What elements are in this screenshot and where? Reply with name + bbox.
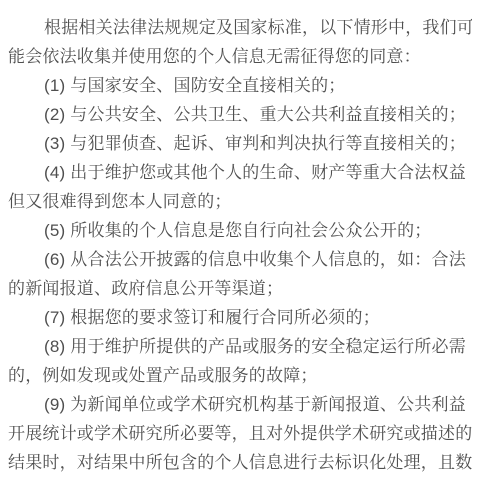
policy-clause-8: (8) 用于维护所提供的产品或服务的安全稳定运行所必需 的，例如发现或处置产品或… [8, 332, 472, 390]
text-line: (3) 与犯罪侦查、起诉、审判和判决执行等直接相关的； [8, 129, 472, 158]
intro-paragraph: 根据相关法律法规规定及国家标准，以下情形中，我们可 能会依法收集并使用您的个人信… [8, 13, 472, 71]
text-line: (4) 出于维护您或其他个人的生命、财产等重大合法权益 [8, 158, 472, 187]
policy-clause-5: (5) 所收集的个人信息是您自行向社会公众公开的； [8, 216, 472, 245]
text-line: 但又很难得到您本人同意的； [8, 187, 472, 216]
policy-clause-4: (4) 出于维护您或其他个人的生命、财产等重大合法权益 但又很难得到您本人同意的… [8, 158, 472, 216]
text-line: (8) 用于维护所提供的产品或服务的安全稳定运行所必需 [8, 332, 472, 361]
policy-clause-3: (3) 与犯罪侦查、起诉、审判和判决执行等直接相关的； [8, 129, 472, 158]
policy-clause-2: (2) 与公共安全、公共卫生、重大公共利益直接相关的； [8, 100, 472, 129]
text-line: 的新闻报道、政府信息公开等渠道； [8, 274, 472, 303]
text-line: 开展统计或学术研究所必要等，且对外提供学术研究或描述的 [8, 419, 472, 448]
text-line: (5) 所收集的个人信息是您自行向社会公众公开的； [8, 216, 472, 245]
privacy-policy-text-page: 根据相关法律法规规定及国家标准，以下情形中，我们可 能会依法收集并使用您的个人信… [0, 0, 480, 480]
text-line: (7) 根据您的要求签订和履行合同所必须的； [8, 303, 472, 332]
policy-clause-7: (7) 根据您的要求签订和履行合同所必须的； [8, 303, 472, 332]
text-line: (6) 从合法公开披露的信息中收集个人信息的，如：合法 [8, 245, 472, 274]
text-line: (1) 与国家安全、国防安全直接相关的； [8, 71, 472, 100]
text-line: (9) 为新闻单位或学术研究机构基于新闻报道、公共利益 [8, 390, 472, 419]
text-line: 根据相关法律法规规定及国家标准，以下情形中，我们可 [8, 13, 472, 42]
text-line: (2) 与公共安全、公共卫生、重大公共利益直接相关的； [8, 100, 472, 129]
text-line: 能会依法收集并使用您的个人信息无需征得您的同意： [8, 42, 472, 71]
policy-clause-1: (1) 与国家安全、国防安全直接相关的； [8, 71, 472, 100]
policy-clause-6: (6) 从合法公开披露的信息中收集个人信息的，如：合法 的新闻报道、政府信息公开… [8, 245, 472, 303]
policy-clause-9: (9) 为新闻单位或学术研究机构基于新闻报道、公共利益 开展统计或学术研究所必要… [8, 390, 472, 477]
text-line: 结果时，对结果中所包含的个人信息进行去标识化处理，且数 [8, 448, 472, 477]
text-line: 的，例如发现或处置产品或服务的故障； [8, 361, 472, 390]
